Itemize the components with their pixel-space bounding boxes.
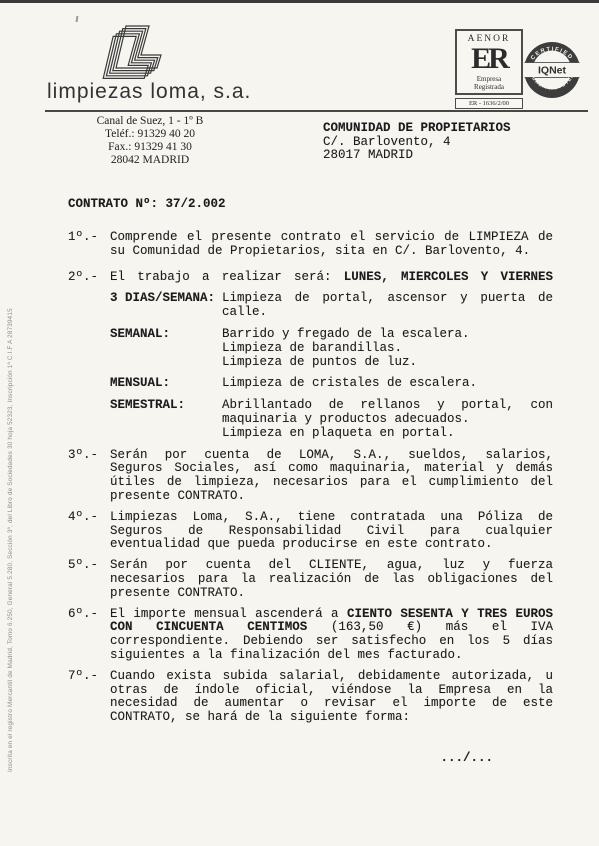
clause-text: Serán por cuenta del CLIENTE, agua, luz …	[110, 559, 553, 600]
schedule-label: 3 DIAS/SEMANA:	[110, 292, 222, 320]
recipient-block: COMUNIDAD DE PROPIETARIOS C/. Barlovento…	[323, 122, 511, 163]
contract-clause: 2º.-El trabajo a realizar será: LUNES, M…	[68, 271, 599, 285]
document-line: Limpiezas Loma, S.A., tiene contratada u…	[110, 511, 553, 525]
iqnet-center-label: IQNet	[538, 65, 567, 77]
schedule-item: SEMANAL:Barrido y fregado de la escalera…	[110, 328, 599, 369]
document-line: presente CONTRATO.	[110, 490, 553, 504]
document-line: correspondiente. Debiendo ser satisfecho…	[110, 635, 553, 649]
document-line: El importe mensual ascenderá a CIENTO SE…	[110, 608, 553, 622]
document-line: Limpieza de puntos de luz.	[222, 356, 553, 370]
body-text: eventualidad que pueda producirse en est…	[110, 537, 493, 551]
document-line: Barrido y fregado de la escalera.	[222, 328, 553, 342]
body-text: Limpiezas Loma, S.A., tiene contratada u…	[110, 510, 553, 524]
document-line: calle.	[222, 306, 553, 320]
aenor-registered-line: Registrada	[458, 83, 520, 91]
emphasized-text: CON CINCUENTA CENTIMOS	[110, 620, 307, 634]
document-line: Cuando exista subida salarial, debidamen…	[110, 670, 553, 684]
aenor-badge: AENOR ER Empresa Registrada ER - 1636/2/…	[455, 29, 523, 109]
schedule-item: SEMESTRAL:Abrillantado de rellanos y por…	[110, 399, 599, 440]
contract-clause: 5º.-Serán por cuenta del CLIENTE, agua, …	[68, 559, 599, 600]
document-line: necesidad de aumentar o revisar el impor…	[110, 697, 553, 711]
document-line: El trabajo a realizar será: LUNES, MIERC…	[110, 271, 553, 285]
body-text: su Comunidad de Propietarios, sita en C/…	[110, 244, 530, 258]
recipient-city: 28017 MADRID	[323, 149, 511, 163]
clause-text: Cuando exista subida salarial, debidamen…	[110, 670, 553, 725]
document-line: Limpieza de barandillas.	[222, 342, 553, 356]
clause-number: 2º.-	[68, 271, 110, 285]
document-line: Seguros de Responsabilidad Civil para cu…	[110, 525, 553, 539]
recipient-street: C/. Barlovento, 4	[323, 136, 511, 150]
clause-text: El importe mensual ascenderá a CIENTO SE…	[110, 608, 553, 663]
body-text: Serán por cuenta del CLIENTE, agua, luz …	[110, 558, 553, 572]
document-line: Serán por cuenta de LOMA, S.A., sueldos,…	[110, 449, 553, 463]
body-text: CONTRATO, se hará de la siguiente forma:	[110, 710, 410, 724]
schedule-label: MENSUAL:	[110, 377, 222, 391]
body-text: Limpieza de cristales de escalera.	[222, 376, 477, 390]
clause-text: Barrido y fregado de la escalera.Limpiez…	[222, 328, 553, 369]
clause-text: Abrillantado de rellanos y portal, conma…	[222, 399, 553, 440]
document-line: Serán por cuenta del CLIENTE, agua, luz …	[110, 559, 553, 573]
clause-text: Limpiezas Loma, S.A., tiene contratada u…	[110, 511, 553, 552]
document-line: Seguros Sociales, así como maquinaria, m…	[110, 462, 553, 476]
body-text: Limpieza de puntos de luz.	[222, 355, 417, 369]
body-text: Barrido y fregado de la escalera.	[222, 327, 470, 341]
contract-clause: 7º.-Cuando exista subida salarial, debid…	[68, 670, 599, 725]
body-text: útiles de limpieza, necesarios para el c…	[110, 475, 553, 489]
clause-text: Comprende el presente contrato el servic…	[110, 231, 553, 259]
document-line: útiles de limpieza, necesarios para el c…	[110, 476, 553, 490]
company-logo-icon	[86, 24, 168, 84]
address-line: Fax.: 91329 41 30	[66, 141, 234, 154]
body-text: El trabajo a realizar será:	[110, 270, 344, 284]
schedule-label: SEMANAL:	[110, 328, 222, 369]
header-divider	[45, 110, 588, 112]
document-line: Limpieza de portal, ascensor y puerta de	[222, 292, 553, 306]
body-text: Serán por cuenta de LOMA, S.A., sueldos,…	[110, 448, 553, 462]
document-line: su Comunidad de Propietarios, sita en C/…	[110, 245, 553, 259]
body-text: Limpieza de barandillas.	[222, 341, 402, 355]
body-text: maquinaria y productos adecuados.	[222, 412, 470, 426]
document-line: eventualidad que pueda producirse en est…	[110, 538, 553, 552]
address-line: 28042 MADRID	[66, 154, 234, 167]
body-text: Seguros de Responsabilidad Civil para cu…	[110, 524, 553, 538]
body-text: correspondiente. Debiendo ser satisfecho…	[110, 634, 553, 648]
document-line: necesarios para la realización de las ob…	[110, 573, 553, 587]
schedule-label: SEMESTRAL:	[110, 399, 222, 440]
clause-number: 1º.-	[68, 231, 110, 259]
aenor-er-monogram: ER	[458, 44, 520, 73]
document-line: CONTRATO, se hará de la siguiente forma:	[110, 711, 553, 725]
clause-number: 3º.-	[68, 449, 110, 504]
contract-clause: 3º.-Serán por cuenta de LOMA, S.A., suel…	[68, 449, 599, 504]
body-text: otras de índole oficial, viéndose la Emp…	[110, 683, 553, 697]
clause-number: 5º.-	[68, 559, 110, 600]
scan-speck	[76, 16, 79, 22]
body-text: presente CONTRATO.	[110, 586, 245, 600]
document-line: CON CINCUENTA CENTIMOS (163,50 €) más el…	[110, 621, 553, 635]
company-name: limpiezas loma, s.a.	[47, 80, 251, 104]
contract-clause: 4º.-Limpiezas Loma, S.A., tiene contrata…	[68, 511, 599, 552]
contract-number-title: CONTRATO Nº: 37/2.002	[68, 197, 599, 211]
contract-clause: 1º.-Comprende el presente contrato el se…	[68, 231, 599, 259]
clause-number: 4º.-	[68, 511, 110, 552]
schedule-item: 3 DIAS/SEMANA:Limpieza de portal, ascens…	[110, 292, 599, 320]
body-text: Comprende el presente contrato el servic…	[110, 230, 553, 244]
document-line: Comprende el presente contrato el servic…	[110, 231, 553, 245]
aenor-registered-label: Empresa Registrada	[458, 75, 520, 91]
clause-text: El trabajo a realizar será: LUNES, MIERC…	[110, 271, 553, 285]
contract-blocks: 1º.-Comprende el presente contrato el se…	[0, 231, 599, 725]
body-text: El importe mensual ascenderá a	[110, 607, 347, 621]
address-line: Canal de Suez, 1 - 1º B	[66, 115, 234, 128]
clause-text: Limpieza de cristales de escalera.	[222, 377, 553, 391]
iqnet-badge-icon: CERTIFIED QUALITY SYSTEM IQNet	[522, 40, 582, 100]
scanned-contract-page: Inscrita en el registro Mercantil de Mad…	[0, 0, 599, 846]
address-line: Teléf.: 91329 40 20	[66, 128, 234, 141]
body-text: Seguros Sociales, así como maquinaria, m…	[110, 461, 553, 475]
clause-text: Serán por cuenta de LOMA, S.A., sueldos,…	[110, 449, 553, 504]
emphasized-text: LUNES, MIERCOLES Y VIERNES	[344, 270, 553, 284]
body-text: presente CONTRATO.	[110, 489, 245, 503]
contract-body: CONTRATO Nº: 37/2.002 1º.-Comprende el p…	[0, 197, 599, 765]
recipient-name: COMUNIDAD DE PROPIETARIOS	[323, 122, 511, 136]
body-text: Abrillantado de rellanos y portal, con	[222, 398, 553, 412]
scan-top-edge	[0, 0, 599, 3]
continuation-marker: .../...	[110, 751, 553, 765]
aenor-box: AENOR ER Empresa Registrada	[455, 29, 523, 95]
clause-number: 6º.-	[68, 608, 110, 663]
schedule-item: MENSUAL:Limpieza de cristales de escaler…	[110, 377, 599, 391]
clause-number: 7º.-	[68, 670, 110, 725]
emphasized-text: CIENTO SESENTA Y TRES EUROS	[347, 607, 553, 621]
body-text: calle.	[222, 305, 267, 319]
company-address: Canal de Suez, 1 - 1º B Teléf.: 91329 40…	[66, 115, 234, 167]
body-text: necesidad de aumentar o revisar el impor…	[110, 696, 553, 710]
document-line: maquinaria y productos adecuados.	[222, 413, 553, 427]
body-text: siguientes a la finalización del mes fac…	[110, 648, 463, 662]
body-text: Cuando exista subida salarial, debidamen…	[110, 669, 553, 683]
aenor-registered-line: Empresa	[458, 75, 520, 83]
body-text: necesarios para la realización de las ob…	[110, 572, 553, 586]
body-text: (163,50 €) más el IVA	[307, 620, 553, 634]
document-line: presente CONTRATO.	[110, 587, 553, 601]
contract-clause: 6º.-El importe mensual ascenderá a CIENT…	[68, 608, 599, 663]
aenor-certificate-number: ER - 1636/2/00	[455, 98, 523, 109]
document-line: siguientes a la finalización del mes fac…	[110, 649, 553, 663]
document-line: Abrillantado de rellanos y portal, con	[222, 399, 553, 413]
body-text: Limpieza en plaqueta en portal.	[222, 426, 455, 440]
document-line: Limpieza de cristales de escalera.	[222, 377, 553, 391]
document-line: Limpieza en plaqueta en portal.	[222, 427, 553, 441]
document-line: otras de índole oficial, viéndose la Emp…	[110, 684, 553, 698]
clause-text: Limpieza de portal, ascensor y puerta de…	[222, 292, 553, 320]
body-text: Limpieza de portal, ascensor y puerta de	[222, 291, 553, 305]
